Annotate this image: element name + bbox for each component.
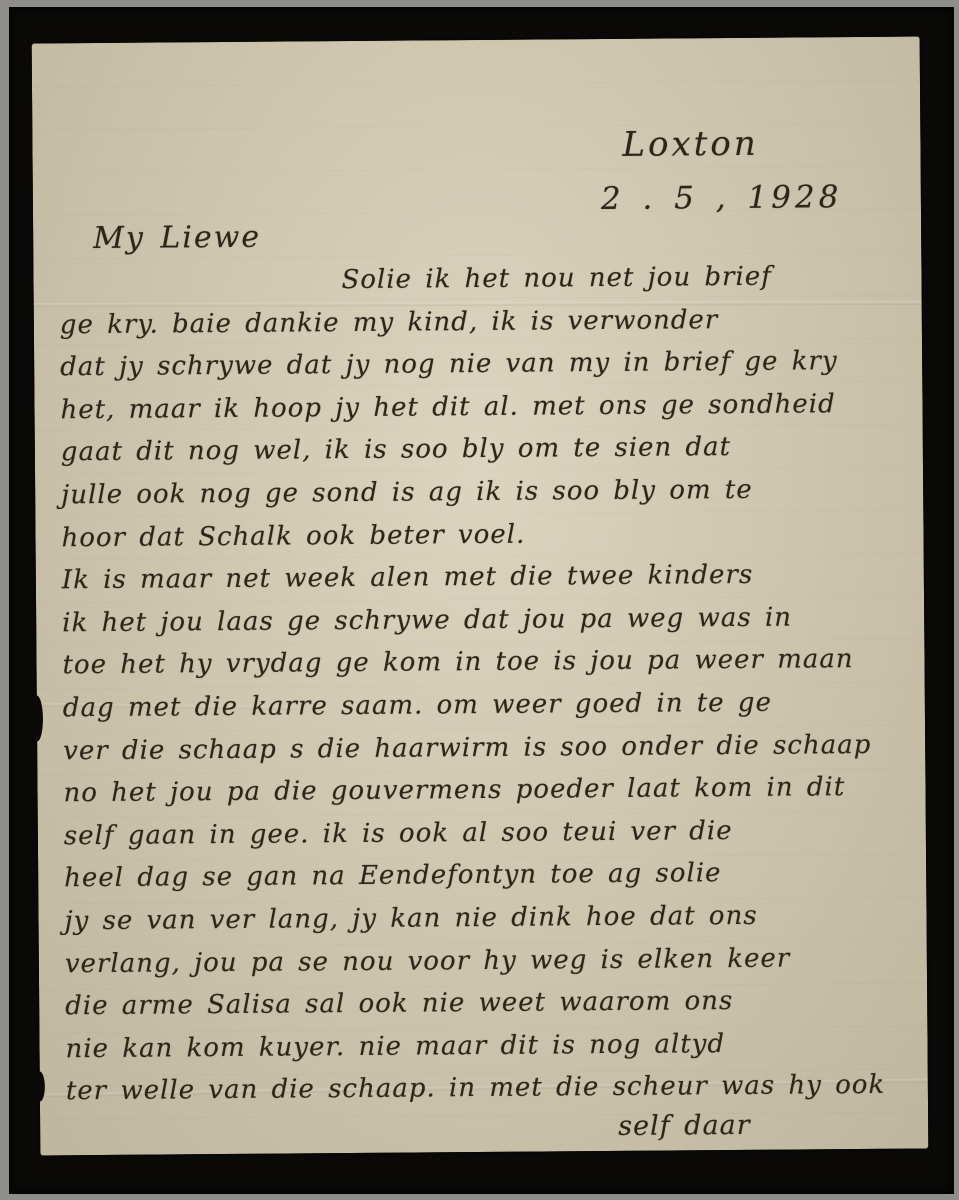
- letter-line: verlang, jou pa se nou voor hy weg is el…: [65, 936, 909, 985]
- letter-line: nie kan kom kuyer. nie maar dit is nog a…: [65, 1021, 909, 1070]
- letter-line: ver die schaap s die haarwirm is soo ond…: [63, 723, 907, 772]
- letter-place: Loxton: [622, 124, 759, 165]
- letter-line: julle ook nog ge sond is ag ik is soo bl…: [61, 468, 905, 517]
- letter-line: toe het hy vrydag ge kom in toe is jou p…: [62, 638, 906, 687]
- letter-line: heel dag se gan na Eendefontyn toe ag so…: [64, 851, 908, 900]
- letter-line: ik het jou laas ge schrywe dat jou pa we…: [62, 595, 906, 644]
- letter-body: Solie ik het nou net jou brief ge kry. b…: [59, 255, 910, 1113]
- letter-line: no het jou pa die gouvermens poeder laat…: [63, 766, 907, 815]
- letter-closing-line: self daar: [618, 1110, 751, 1142]
- letter-line: ge kry. baie dankie my kind, ik is verwo…: [60, 297, 904, 346]
- paper-tear: [31, 695, 43, 741]
- letter-line: dag met die karre saam. om weer goed in …: [63, 681, 907, 730]
- letter-line: die arme Salisa sal ook nie weet waarom …: [65, 979, 909, 1028]
- letter-salutation: My Liewe: [93, 220, 261, 256]
- letter-date: 2 . 5 , 1928: [601, 179, 843, 217]
- letter-line: jy se van ver lang, jy kan nie dink hoe …: [64, 894, 908, 943]
- letter-line: dat jy schrywe dat jy nog nie van my in …: [60, 340, 904, 389]
- letter-line: gaat dit nog wel, ik is soo bly om te si…: [61, 425, 905, 474]
- photo-mat: Loxton 2 . 5 , 1928 My Liewe Solie ik he…: [9, 7, 954, 1194]
- letter-paper: Loxton 2 . 5 , 1928 My Liewe Solie ik he…: [32, 37, 929, 1156]
- letter-opening-line: Solie ik het nou net jou brief: [59, 255, 903, 304]
- paper-tear: [35, 1071, 45, 1101]
- letter-line: self gaan in gee. ik is ook al soo teui …: [64, 808, 908, 857]
- letter-line: hoor dat Schalk ook beter voel.: [61, 510, 905, 559]
- letter-line: ter welle van die schaap. in met die sch…: [66, 1064, 910, 1113]
- letter-line: Ik is maar net week alen met die twee ki…: [62, 553, 906, 602]
- letter-line: het, maar ik hoop jy het dit al. met ons…: [60, 382, 904, 431]
